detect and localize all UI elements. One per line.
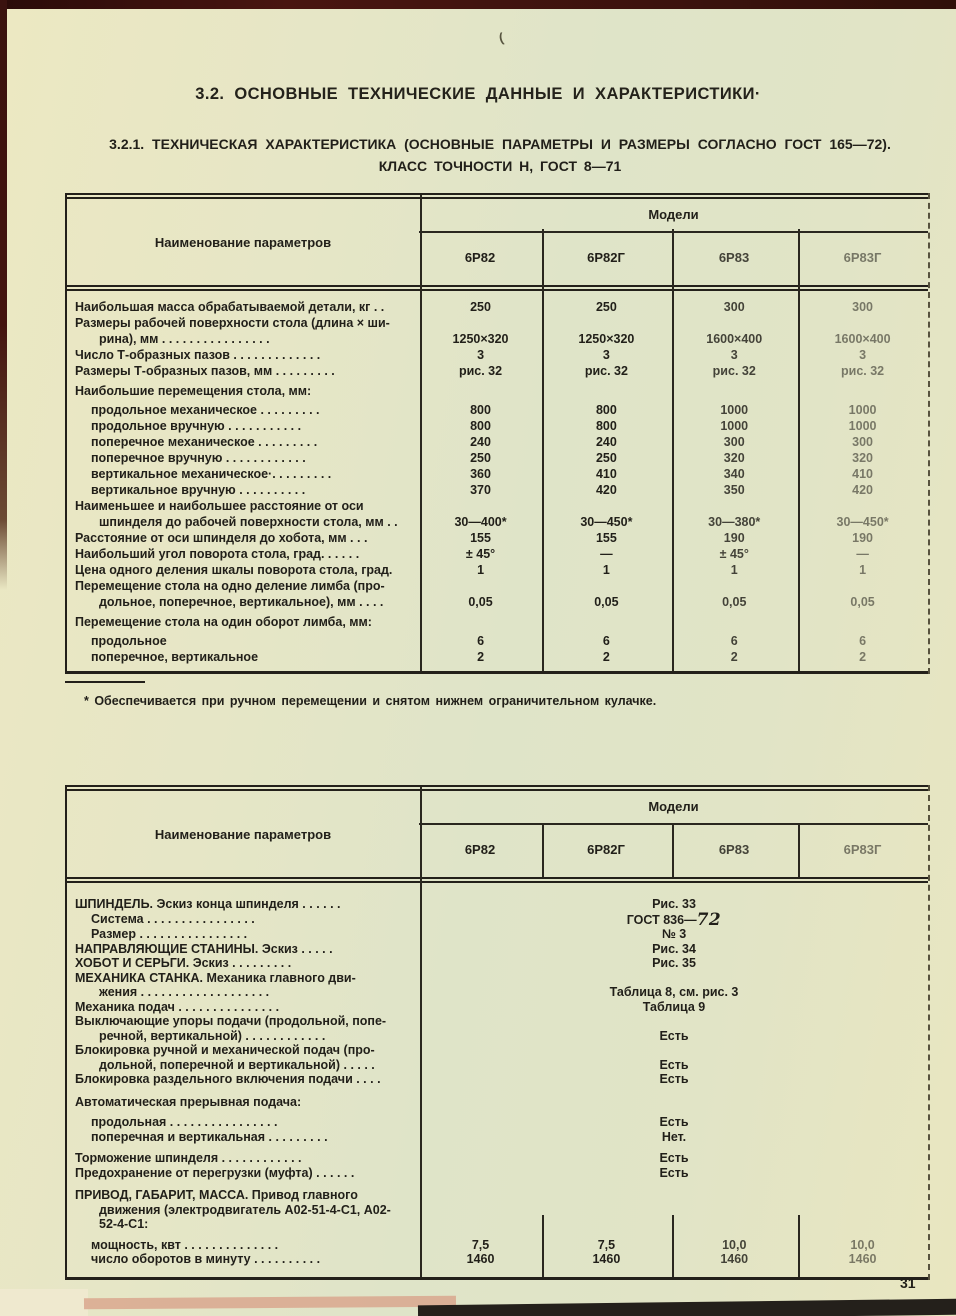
subsection-title-line1: 3.2.1. ТЕХНИЧЕСКАЯ ХАРАКТЕРИСТИКА (ОСНОВ… [62,136,938,152]
row-label: число оборотов в минуту . . . . . . . . … [67,1252,420,1267]
table-header: Наименование параметров Модели 6Р82 6Р82… [67,791,928,877]
row-label: Торможение шпинделя . . . . . . . . . . … [67,1151,420,1166]
model-column-header: 6Р83Г [797,825,928,877]
row-value: 420 [541,482,671,498]
models-header: Модели [419,791,928,825]
row-value: 1250×320 [420,331,542,347]
page-number: 31 [900,1275,940,1291]
table-row: продольное вручную . . . . . . . . . . .… [67,418,928,434]
row-value: рис. 32 [797,363,928,379]
row-value: 370 [420,482,542,498]
row-value: 1 [541,562,671,578]
table-body: Наибольшая масса обрабатываемой детали, … [67,291,928,671]
table-bottom-rule [67,1277,928,1280]
row-value: 2 [671,649,797,665]
footnote-rule [65,681,145,683]
row-label: Блокировка раздельного включения подачи … [67,1072,420,1087]
row-value: 250 [420,450,542,466]
model-column-header: 6Р83 [671,825,797,877]
technical-parameters-table: Наименование параметров Модели 6Р82 6Р82… [65,193,930,674]
row-value-span: Есть [420,1029,928,1044]
row-value: 0,05 [541,594,671,610]
scan-top-edge [0,0,956,9]
row-value: 420 [797,482,928,498]
section-title: 3.2. ОСНОВНЫЕ ТЕХНИЧЕСКИЕ ДАННЫЕ И ХАРАК… [0,85,956,104]
row-value: 3 [671,347,797,363]
subsection-title-line2: КЛАСС ТОЧНОСТИ Н, ГОСТ 8—71 [62,158,938,174]
row-value: 1 [420,562,542,578]
row-value: 155 [541,530,671,546]
row-value: 800 [420,402,542,418]
column-divider [542,229,544,671]
row-value: 1460 [420,1252,542,1267]
scan-bottom-dark-stripe [418,1299,956,1316]
row-label: Выключающие упоры подачи (продольной, по… [67,1014,420,1043]
scan-bottom-corner [0,1289,88,1316]
table-row: НАПРАВЛЯЮЩИЕ СТАНИНЫ. Эскиз . . . . .Рис… [67,942,928,957]
row-value: 240 [420,434,542,450]
row-value: 300 [671,299,797,315]
row-value-span: Есть [420,1058,928,1073]
table-body: ШПИНДЕЛЬ. Эскиз конца шпинделя . . . . .… [67,883,928,1277]
row-value: 360 [420,466,542,482]
row-label: продольное механическое . . . . . . . . … [67,402,420,418]
table-row: Размер . . . . . . . . . . . . . . . .№ … [67,927,928,942]
table-section-row: Автоматическая прерывная подача: [67,1095,928,1110]
row-value: 1600×400 [797,331,928,347]
table-row: МЕХАНИКА СТАНКА. Механика главного дви- … [67,971,928,1000]
row-value: 300 [797,434,928,450]
row-value: 300 [797,299,928,315]
row-value: 0,05 [797,594,928,610]
row-label: мощность, квт . . . . . . . . . . . . . … [67,1238,420,1253]
row-value-span: Рис. 33 [420,897,928,912]
table-row: поперечное, вертикальное2222 [67,649,928,665]
design-features-table: Наименование параметров Модели 6Р82 6Р82… [65,785,930,1280]
row-value: 6 [541,633,671,649]
row-value: 3 [797,347,928,363]
row-value: 1000 [671,418,797,434]
table-row: Наибольшая масса обрабатываемой детали, … [67,299,928,315]
table-row: Наибольший угол поворота стола, град. . … [67,546,928,562]
row-value: 3 [420,347,542,363]
row-label: поперечное механическое . . . . . . . . … [67,434,420,450]
row-value: 190 [797,530,928,546]
column-divider [542,1215,544,1277]
row-value: 320 [797,450,928,466]
row-value-span: Есть [420,1166,928,1181]
row-value: — [797,546,928,562]
row-value: 7,5 [541,1238,671,1253]
row-value-span: № 3 [420,927,928,942]
row-label: продольное вручную . . . . . . . . . . . [67,418,420,434]
row-label: вертикальное вручную . . . . . . . . . . [67,482,420,498]
row-value: 0,05 [671,594,797,610]
table-row: Цена одного деления шкалы поворота стола… [67,562,928,578]
row-value: 350 [671,482,797,498]
table-row: поперечное вручную . . . . . . . . . . .… [67,450,928,466]
row-value: 800 [541,418,671,434]
row-label: МЕХАНИКА СТАНКА. Механика главного дви- … [67,971,420,1000]
row-value: 1460 [541,1252,671,1267]
row-value: 250 [420,299,542,315]
row-value: 30—450* [541,514,671,530]
table-row: продольное механическое . . . . . . . . … [67,402,928,418]
row-value: 1 [797,562,928,578]
handwritten-correction: 72 [697,910,722,930]
table-row: Механика подач . . . . . . . . . . . . .… [67,1000,928,1015]
row-value: 800 [420,418,542,434]
row-value-span: ГОСТ 836—72 [420,912,928,928]
row-label: поперечное вручную . . . . . . . . . . .… [67,450,420,466]
row-value: 1600×400 [671,331,797,347]
model-column-header: 6Р82Г [541,825,671,877]
column-divider [420,195,422,671]
row-value: 240 [541,434,671,450]
table-row: Предохранение от перегрузки (муфта) . . … [67,1166,928,1181]
row-value: 1 [671,562,797,578]
row-label: Расстояние от оси шпинделя до хобота, мм… [67,530,420,546]
row-value: 1460 [671,1252,797,1267]
column-divider [542,823,544,877]
row-label: поперечная и вертикальная . . . . . . . … [67,1130,420,1145]
row-value: 410 [541,466,671,482]
row-label: НАПРАВЛЯЮЩИЕ СТАНИНЫ. Эскиз . . . . . [67,942,420,957]
row-value: 2 [541,649,671,665]
row-label: Цена одного деления шкалы поворота стола… [67,562,420,578]
row-label: Размер . . . . . . . . . . . . . . . . [67,927,420,942]
param-column-header: Наименование параметров [67,791,419,877]
row-value: 300 [671,434,797,450]
scan-bottom-pink-stripe [84,1296,456,1310]
row-value: 7,5 [420,1238,542,1253]
row-value: 320 [671,450,797,466]
table-row: вертикальное вручную . . . . . . . . . .… [67,482,928,498]
row-label: Наименьшее и наибольшее расстояние от ос… [67,498,420,530]
row-value: рис. 32 [420,363,542,379]
row-value: 800 [541,402,671,418]
row-value: 1250×320 [541,331,671,347]
table-bottom-rule [67,671,928,674]
row-value: 6 [420,633,542,649]
row-label: Предохранение от перегрузки (муфта) . . … [67,1166,420,1181]
column-divider [420,787,422,1277]
row-value: 250 [541,450,671,466]
models-header: Модели [419,199,928,233]
table-row: Расстояние от оси шпинделя до хобота, мм… [67,530,928,546]
model-column-header: 6Р82 [419,233,541,285]
table-row: число оборотов в минуту . . . . . . . . … [67,1252,928,1267]
row-label: Размеры Т-образных пазов, мм . . . . . .… [67,363,420,379]
model-column-header: 6Р82 [419,825,541,877]
row-value-span: Нет. [420,1130,928,1145]
row-label: вертикальное механическое·. . . . . . . … [67,466,420,482]
row-value: ± 45° [671,546,797,562]
row-label: Наибольший угол поворота стола, град. . … [67,546,420,562]
row-value: 1000 [797,402,928,418]
row-value-span: Рис. 35 [420,956,928,971]
table-row: Торможение шпинделя . . . . . . . . . . … [67,1151,928,1166]
row-value-span: Есть [420,1115,928,1130]
row-value: 6 [671,633,797,649]
row-label: Блокировка ручной и механической подач (… [67,1043,420,1072]
row-label: Система . . . . . . . . . . . . . . . . [67,912,420,927]
row-value: 0,05 [420,594,542,610]
row-value: 410 [797,466,928,482]
row-value: 6 [797,633,928,649]
model-column-header: 6Р83Г [797,233,928,285]
row-value-span: Есть [420,1072,928,1087]
row-value: 30—450* [797,514,928,530]
table-row: продольная . . . . . . . . . . . . . . .… [67,1115,928,1130]
row-label: продольное [67,633,420,649]
row-value: 340 [671,466,797,482]
model-column-header: 6Р83 [671,233,797,285]
row-value: 2 [797,649,928,665]
row-label: поперечное, вертикальное [67,649,420,665]
table-row: Блокировка ручной и механической подач (… [67,1043,928,1072]
stray-ink-mark: ( [497,30,504,46]
row-value: ± 45° [420,546,542,562]
row-value: — [541,546,671,562]
table-row: Размеры Т-образных пазов, мм . . . . . .… [67,363,928,379]
table-row: Блокировка раздельного включения подачи … [67,1072,928,1087]
row-label: Механика подач . . . . . . . . . . . . .… [67,1000,420,1015]
table-row: поперечное механическое . . . . . . . . … [67,434,928,450]
footnote: * Обеспечивается при ручном перемещении … [84,694,804,708]
table-row: продольное6666 [67,633,928,649]
row-label: Автоматическая прерывная подача: [67,1095,928,1110]
table-row: ХОБОТ И СЕРЬГИ. Эскиз . . . . . . . . .Р… [67,956,928,971]
row-value: 10,0 [797,1238,928,1253]
column-divider [672,823,674,877]
row-value: рис. 32 [541,363,671,379]
row-value: 190 [671,530,797,546]
row-value: рис. 32 [671,363,797,379]
scanned-document-page: ( 3.2. ОСНОВНЫЕ ТЕХНИЧЕСКИЕ ДАННЫЕ И ХАР… [0,0,956,1316]
table-row: вертикальное механическое·. . . . . . . … [67,466,928,482]
row-value: 2 [420,649,542,665]
row-value: 1000 [797,418,928,434]
row-value: 1460 [797,1252,928,1267]
table-row: Выключающие упоры подачи (продольной, по… [67,1014,928,1043]
row-label: Число Т-образных пазов . . . . . . . . .… [67,347,420,363]
row-value: 30—400* [420,514,542,530]
row-label: Перемещение стола на одно деление лимба … [67,578,420,610]
row-value: 1000 [671,402,797,418]
row-label: ШПИНДЕЛЬ. Эскиз конца шпинделя . . . . .… [67,897,420,912]
row-value-span: Таблица 9 [420,1000,928,1015]
row-label: продольная . . . . . . . . . . . . . . .… [67,1115,420,1130]
model-column-header: 6Р82Г [541,233,671,285]
row-label: ХОБОТ И СЕРЬГИ. Эскиз . . . . . . . . . [67,956,420,971]
row-value-span: Рис. 34 [420,942,928,957]
row-label: Размеры рабочей поверхности стола (длина… [67,315,420,347]
row-value: 3 [541,347,671,363]
table-row: Система . . . . . . . . . . . . . . . .Г… [67,912,928,928]
param-column-header: Наименование параметров [67,199,419,285]
row-value: 10,0 [671,1238,797,1253]
row-value: 155 [420,530,542,546]
table-row: Число Т-образных пазов . . . . . . . . .… [67,347,928,363]
row-value-span: Есть [420,1151,928,1166]
table-row: ШПИНДЕЛЬ. Эскиз конца шпинделя . . . . .… [67,897,928,912]
row-value-span: Таблица 8, см. рис. 3 [420,985,928,1000]
table-row: поперечная и вертикальная . . . . . . . … [67,1130,928,1145]
row-value: 30—380* [671,514,797,530]
column-divider [798,823,800,877]
row-value: 250 [541,299,671,315]
row-label: Наибольшая масса обрабатываемой детали, … [67,299,420,315]
table-row: мощность, квт . . . . . . . . . . . . . … [67,1238,928,1253]
